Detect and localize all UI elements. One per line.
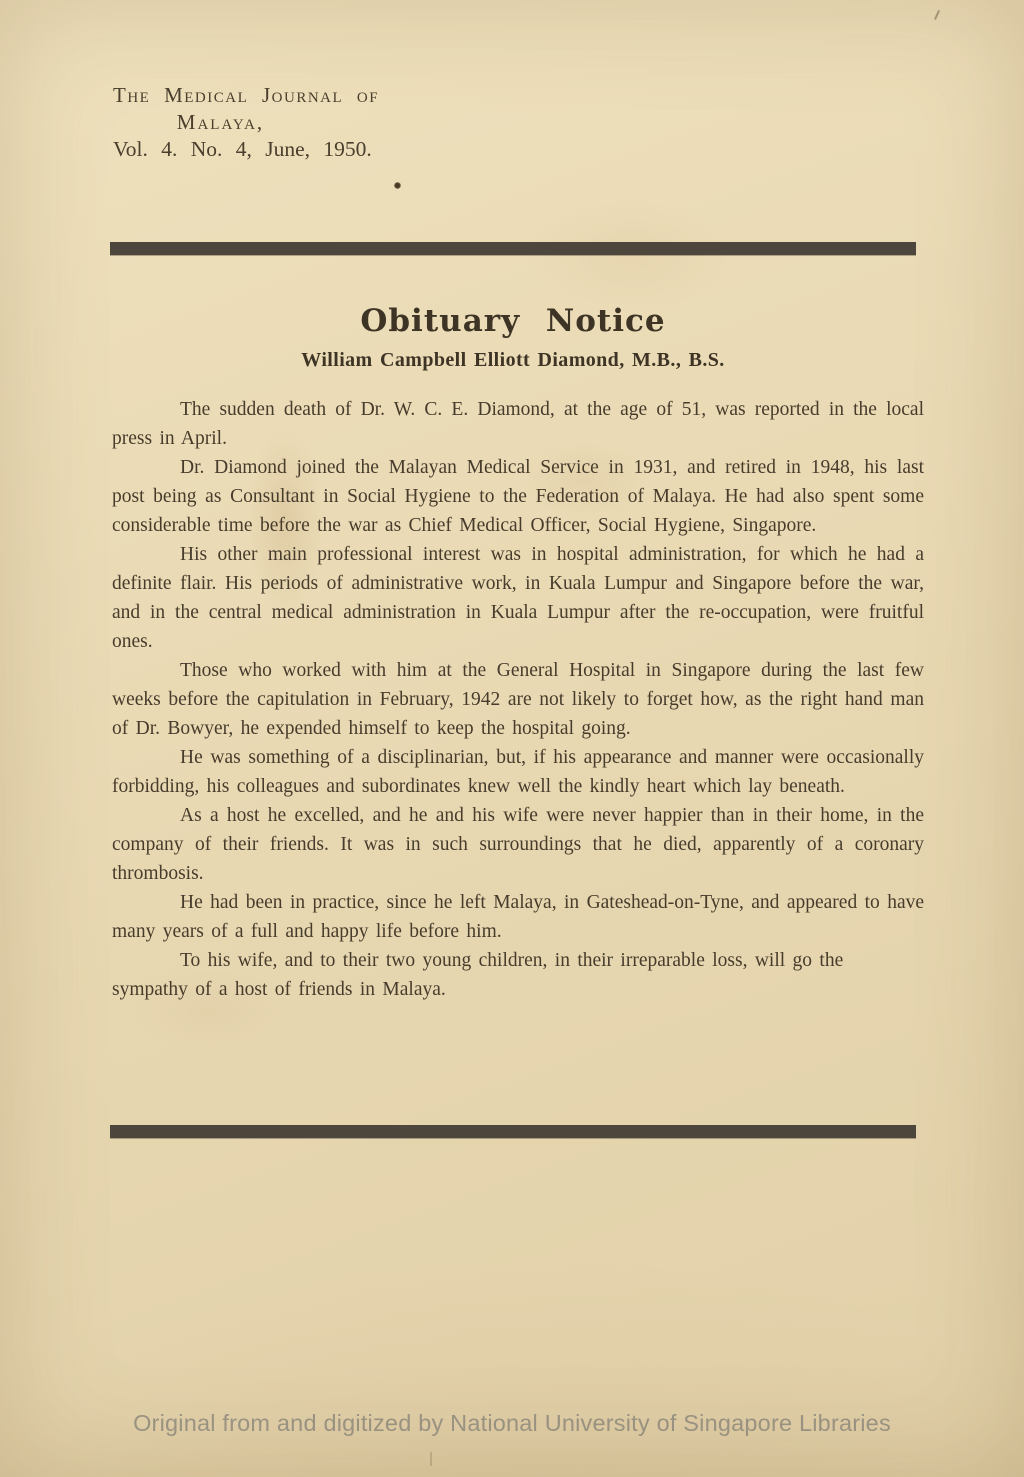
obituary-paragraph-6: As a host he excelled, and he and his wi… [112,801,924,888]
top-horizontal-rule [110,242,916,255]
corner-pencil-mark [934,10,940,20]
bottom-fold-mark [430,1452,432,1466]
journal-name-line-1: The Medical Journal of [113,82,391,109]
scanned-journal-page: The Medical Journal of Malaya, Vol. 4. N… [0,0,1024,1477]
obituary-title: Obituary Notice [110,303,916,339]
obituary-paragraph-4: Those who worked with him at the General… [112,656,924,743]
obituary-paragraph-7: He had been in practice, since he left M… [112,888,924,946]
journal-masthead: The Medical Journal of Malaya, Vol. 4. N… [113,82,391,163]
obituary-body: The sudden death of Dr. W. C. E. Diamond… [112,395,924,1004]
obituary-paragraph-2: Dr. Diamond joined the Malayan Medical S… [112,453,924,540]
obituary-paragraph-5: He was something of a disciplinarian, bu… [112,743,924,801]
journal-volume-issue-date: Vol. 4. No. 4, June, 1950. [113,136,391,163]
obituary-subtitle: William Campbell Elliott Diamond, M.B., … [110,349,916,372]
obituary-paragraph-3: His other main professional interest was… [112,540,924,656]
obituary-paragraph-1: The sudden death of Dr. W. C. E. Diamond… [112,395,924,453]
obituary-heading: Obituary Notice William Campbell Elliott… [110,303,916,372]
digitization-credit: Original from and digitized by National … [0,1410,1024,1437]
printer-dot-mark [394,182,401,189]
obituary-paragraph-8: To his wife, and to their two young chil… [112,946,924,1004]
bottom-horizontal-rule [110,1125,916,1138]
journal-name-line-2: Malaya, [113,109,328,136]
